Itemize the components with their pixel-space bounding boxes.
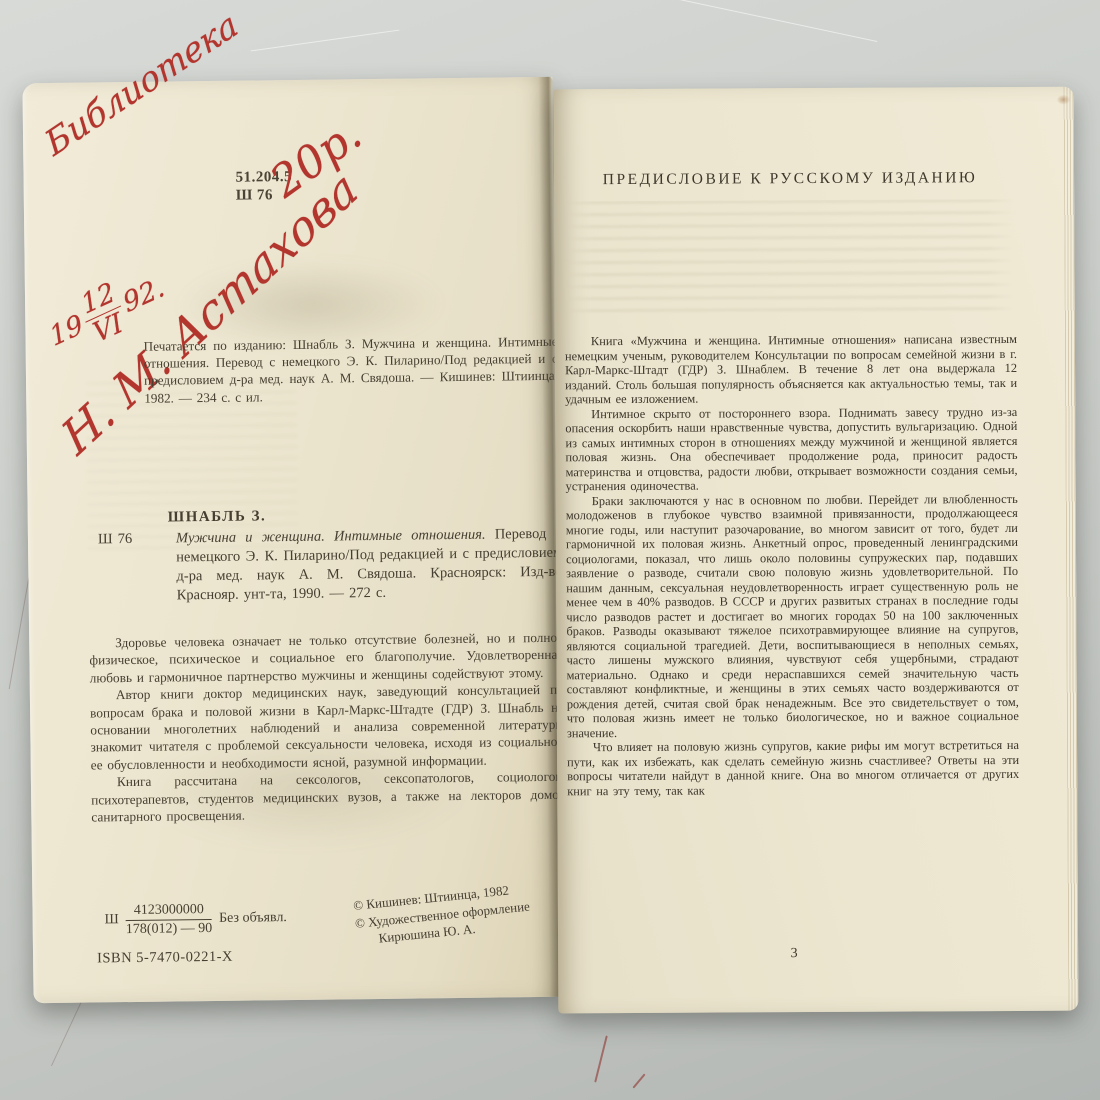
right-page: ПРЕДИСЛОВИЕ К РУССКОМУ ИЗДАНИЮ Книга «Му… [554, 87, 1079, 1014]
preface-title: ПРЕДИСЛОВИЕ К РУССКОМУ ИЗДАНИЮ [564, 169, 1016, 189]
preface-paragraph: Что влияет на половую жизнь супругов, ка… [567, 738, 1019, 798]
edition-note: Печатается по изданию: Шнабль З. Мужчина… [144, 333, 559, 407]
catalog-entry: Ш 76 Мужчина и женщина. Интимные отношен… [98, 525, 563, 607]
table-scuff [623, 0, 878, 42]
catalog-code: Ш 76 [98, 530, 132, 549]
catalog-title: Мужчина и женщина. Интимные отношения. [176, 527, 486, 547]
annotation-paragraph: Книга рассчитана на сексологов, сексопат… [91, 768, 566, 826]
preface-paragraph: Интимное скрыто от постороннего взора. П… [565, 404, 1017, 493]
annotation-block: Здоровье человека означает не только отс… [89, 629, 565, 826]
imprint-fraction: 4123000000 178(012) — 90 [126, 901, 213, 938]
isbn: ISBN 5-7470-0221-X [97, 949, 233, 968]
preface-paragraph: Книга «Мужчина и женщина. Интимные отнош… [565, 332, 1017, 407]
foxing-spot [1057, 95, 1071, 105]
annotation-paragraph: Здоровье человека означает не только отс… [89, 629, 564, 687]
annotation-paragraph: Автор книги доктор медицинских наук, зав… [90, 681, 565, 774]
preface-paragraph: Браки заключаются у нас в основном по лю… [566, 491, 1019, 740]
imprint-numerator: 4123000000 [126, 901, 213, 921]
page-number: 3 [568, 945, 1020, 963]
copyright-block: © Кишинев: Штиинца, 1982 © Художественно… [352, 880, 532, 950]
date-suffix: 92. [119, 271, 168, 318]
date-prefix: 19 [46, 309, 87, 353]
imprint-no-announce: Без объявл. [219, 910, 287, 927]
author-heading: ШНАБЛЬ З. [168, 508, 267, 526]
left-page: 51.204.5 Ш 76 Библиотека Н. М. Астахова … [22, 77, 563, 1003]
imprint-formula: Ш 4123000000 178(012) — 90 Без объявл. [104, 900, 287, 938]
imprint-sign: Ш [105, 912, 119, 928]
preface-body: Книга «Мужчина и женщина. Интимные отнош… [565, 332, 1019, 798]
table-scuff [251, 30, 400, 52]
imprint-denominator: 178(012) — 90 [126, 921, 213, 937]
pen-mark [594, 1035, 608, 1082]
pen-mark [632, 1073, 645, 1088]
show-through-text [566, 199, 1015, 321]
